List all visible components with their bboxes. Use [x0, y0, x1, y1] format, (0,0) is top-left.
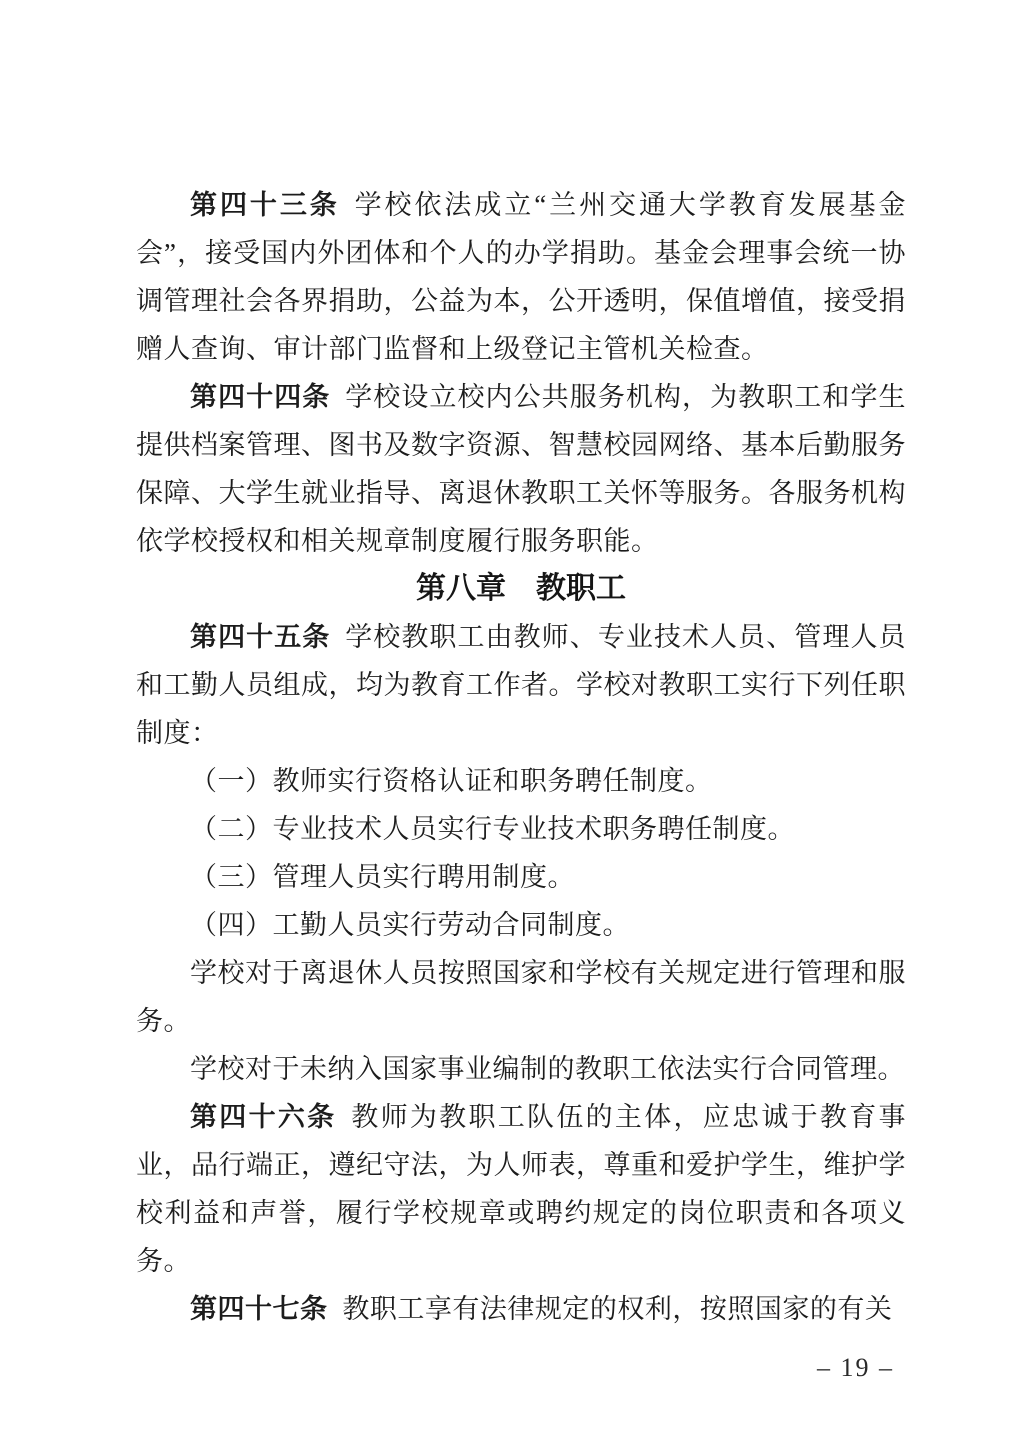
article-47-text: 教职工享有法律规定的权利，按照国家的有关 [342, 1294, 892, 1324]
article-43-paragraph: 第四十三条学校依法成立“兰州交通大学教育发展基金会”，接受国内外团体和个人的办学… [136, 181, 906, 373]
article-44-paragraph: 第四十四条学校设立校内公共服务机构，为教职工和学生提供档案管理、图书及数字资源、… [136, 373, 906, 565]
list-item-3: （三）管理人员实行聘用制度。 [136, 853, 906, 901]
article-46-number: 第四十六条 [190, 1102, 336, 1132]
article-46-paragraph: 第四十六条教师为教职工队伍的主体，应忠诚于教育事业，品行端正，遵纪守法，为人师表… [136, 1093, 906, 1285]
page-number: – 19 – [817, 1352, 894, 1384]
article-47-number: 第四十七条 [190, 1294, 328, 1324]
list-item-1: （一）教师实行资格认证和职务聘任制度。 [136, 757, 906, 805]
list-item-2: （二）专业技术人员实行专业技术职务聘任制度。 [136, 805, 906, 853]
paragraph-retired-staff: 学校对于离退休人员按照国家和学校有关规定进行管理和服务。 [136, 949, 906, 1045]
chapter-heading: 第八章 教职工 [136, 565, 906, 613]
list-item-4: （四）工勤人员实行劳动合同制度。 [136, 901, 906, 949]
article-47-paragraph: 第四十七条教职工享有法律规定的权利，按照国家的有关 [136, 1285, 906, 1333]
article-45-number: 第四十五条 [190, 622, 330, 652]
article-43-number: 第四十三条 [190, 190, 340, 220]
paragraph-contract-staff: 学校对于未纳入国家事业编制的教职工依法实行合同管理。 [136, 1045, 906, 1093]
article-45-paragraph: 第四十五条学校教职工由教师、专业技术人员、管理人员和工勤人员组成，均为教育工作者… [136, 613, 906, 757]
document-page: 第四十三条学校依法成立“兰州交通大学教育发展基金会”，接受国内外团体和个人的办学… [0, 0, 1024, 1448]
article-44-number: 第四十四条 [190, 382, 330, 412]
document-body: 第四十三条学校依法成立“兰州交通大学教育发展基金会”，接受国内外团体和个人的办学… [136, 181, 906, 1333]
